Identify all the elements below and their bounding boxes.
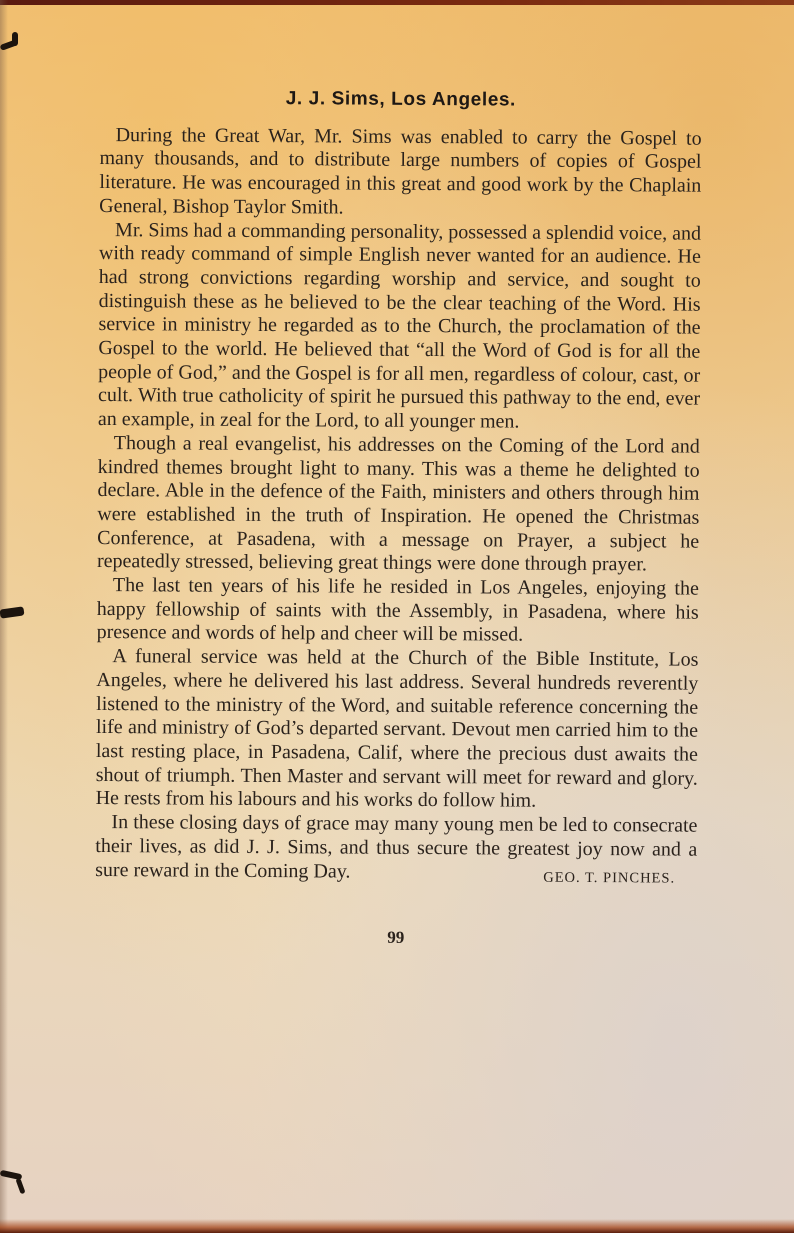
paragraph: During the Great War, Mr. Sims was enabl… <box>99 124 702 222</box>
paragraph: Mr. Sims had a commanding personality, p… <box>98 219 701 436</box>
author-signature: GEO. T. PINCHES. <box>543 867 675 892</box>
page-top-edge <box>0 0 794 5</box>
binding-staple-mark <box>15 1178 25 1195</box>
paragraph: A funeral service was held at the Church… <box>96 645 699 815</box>
binding-staple-mark <box>12 32 18 46</box>
page-number: 99 <box>95 924 697 951</box>
book-page: J. J. Sims, Los Angeles. During the Grea… <box>0 0 794 1233</box>
paragraph: The last ten years of his life he reside… <box>97 574 699 649</box>
page-bottom-edge <box>0 1219 794 1233</box>
binding-staple-mark <box>0 606 25 618</box>
page-content: J. J. Sims, Los Angeles. During the Grea… <box>95 78 702 952</box>
page-title: J. J. Sims, Los Angeles. <box>100 86 702 113</box>
paragraph: Though a real evangelist, his addresses … <box>97 432 700 578</box>
